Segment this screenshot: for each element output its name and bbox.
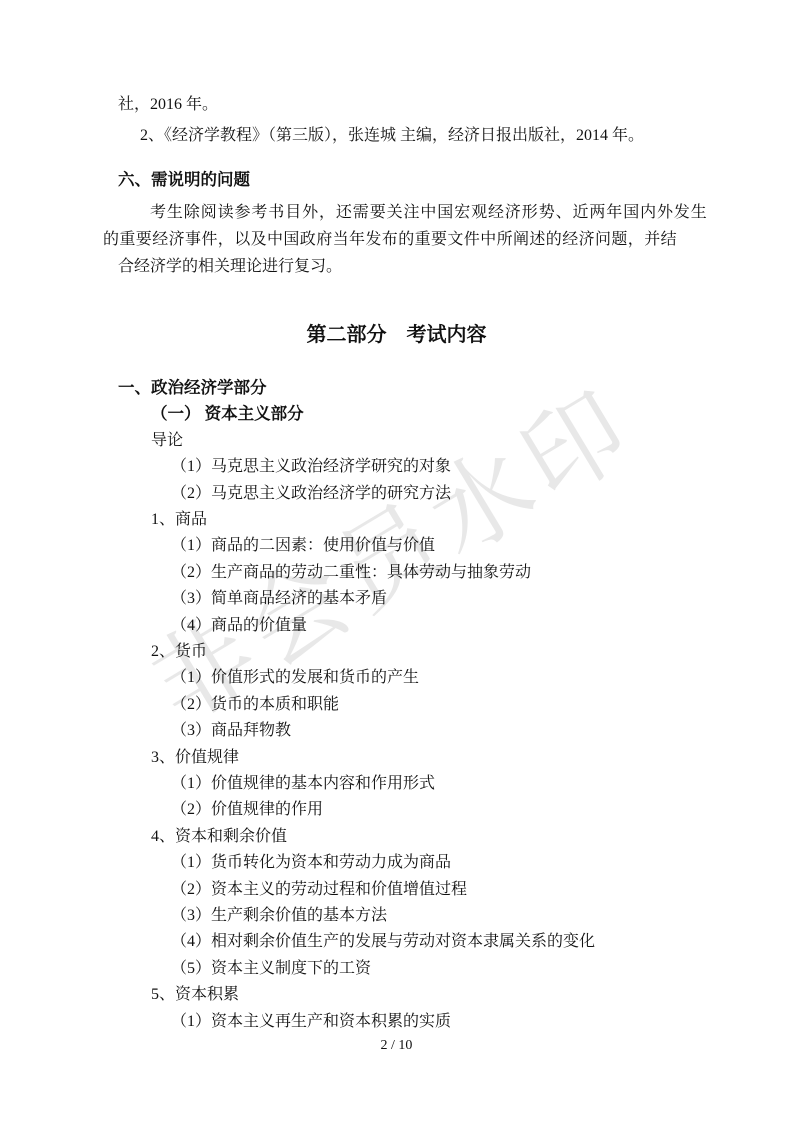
outline-line: 导论 [151,431,183,451]
outline-line: （5）资本主义制度下的工资 [171,959,371,979]
outline-line: （1）马克思主义政治经济学研究的对象 [171,457,451,477]
outline-line: （4）相对剩余价值生产的发展与劳动对资本隶属关系的变化 [171,932,595,952]
outline-line: 5、资本积累 [151,985,239,1005]
outline-line: （2）资本主义的劳动过程和价值增值过程 [171,880,467,900]
page-number: 2 / 10 [0,1038,793,1054]
outline-line: （2）生产商品的劳动二重性：具体劳动与抽象劳动 [171,563,531,583]
paragraph-line: 考生除阅读参考书目外，还需要关注中国宏观经济形势、近两年国内外发生 [118,203,708,223]
outline-line: （1）货币转化为资本和劳动力成为商品 [171,853,451,873]
outline-line: 2、货币 [151,642,207,662]
outline-line: （2）马克思主义政治经济学的研究方法 [171,484,451,504]
body-text-line: 社，2016 年。 [118,95,218,115]
outline-line: （3）生产剩余价值的基本方法 [171,906,387,926]
outline-line: （3）简单商品经济的基本矛盾 [171,589,387,609]
outline-line: （1）资本主义再生产和资本积累的实质 [171,1012,451,1032]
paragraph-line: 合经济学的相关理论进行复习。 [118,257,342,277]
paragraph-line: 的重要经济事件，以及中国政府当年发布的重要文件中所阐述的经济问题，并结 [103,230,677,250]
outline-line: 4、资本和剩余价值 [151,827,287,847]
section-heading: 六、需说明的问题 [118,170,250,190]
outline-line: 1、商品 [151,510,207,530]
outline-line: （1）商品的二因素：使用价值与价值 [171,536,435,556]
outline-line: （1）价值规律的基本内容和作用形式 [171,774,435,794]
outline-line: 一、政治经济学部分 [118,378,267,398]
outline-line: （1）价值形式的发展和货币的产生 [171,668,419,688]
outline-line: （2）价值规律的作用 [171,800,323,820]
outline-line: （4）商品的价值量 [171,616,307,636]
outline-line: 3、价值规律 [151,748,239,768]
document-page: 非会员水印 社，2016 年。 2、《经济学教程》（第三版），张连城 主编，经济… [0,0,793,1122]
part-title: 第二部分 考试内容 [0,318,793,347]
outline-line: （2）货币的本质和职能 [171,695,339,715]
outline-line: （一） 资本主义部分 [151,404,304,424]
reference-item: 2、《经济学教程》（第三版），张连城 主编，经济日报出版社，2014 年。 [140,126,644,146]
outline-line: （3）商品拜物教 [171,721,291,741]
